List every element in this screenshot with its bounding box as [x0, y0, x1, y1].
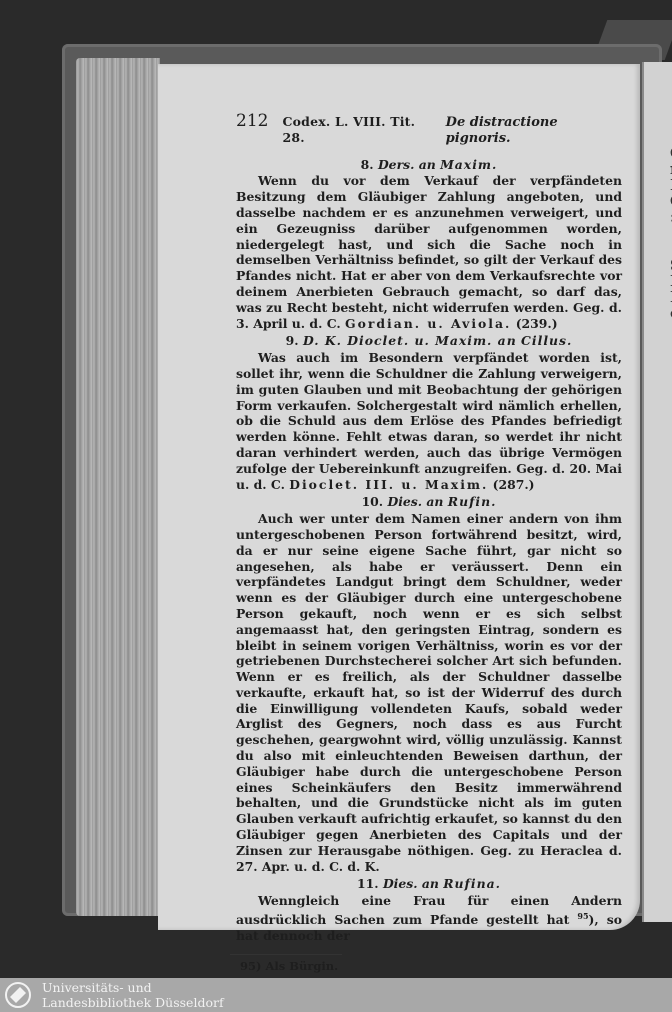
library-footer: Universitäts- und Landesbibliothek Düsse… — [0, 978, 672, 1012]
section-heading: 11. Dies. an Rufina. — [236, 876, 622, 892]
book-logo-icon — [4, 981, 32, 1009]
library-name: Universitäts- und Landesbibliothek Düsse… — [42, 980, 224, 1010]
section-heading: 10. Dies. an Rufin. — [236, 494, 622, 510]
section-paragraph: Wenn du vor dem Verkauf der verpfändeten… — [236, 173, 622, 331]
footnote: 95) Als Bürgin. — [236, 959, 622, 975]
section-paragraph: Wenngleich eine Frau für einen Andern au… — [236, 893, 622, 944]
section-paragraph: Auch wer unter dem Namen einer andern vo… — [236, 511, 622, 874]
footnote-rule — [230, 954, 342, 955]
section-heading: 9. D. K. Dioclet. u. Maxim. an Cillus. — [236, 333, 622, 349]
codex-reference: Codex. L. VIII. Tit. 28. — [282, 114, 437, 146]
running-title: De distractione pignoris. — [446, 115, 622, 147]
book-scan: C r I C : S I I c 212 Codex. L. VIII. Ti… — [0, 0, 672, 978]
footnote-marker: 95 — [577, 911, 588, 921]
page-content: 212 Codex. L. VIII. Tit. 28. De distract… — [236, 114, 622, 975]
running-head: 212 Codex. L. VIII. Tit. 28. De distract… — [236, 114, 622, 147]
facing-page: C r I C : S I I c — [642, 62, 672, 922]
page-number: 212 — [236, 114, 268, 130]
section-heading: 8. Ders. an Maxim. — [236, 157, 622, 173]
section-paragraph: Was auch im Besondern verpfändet worden … — [236, 350, 622, 492]
page-edges — [76, 58, 160, 916]
